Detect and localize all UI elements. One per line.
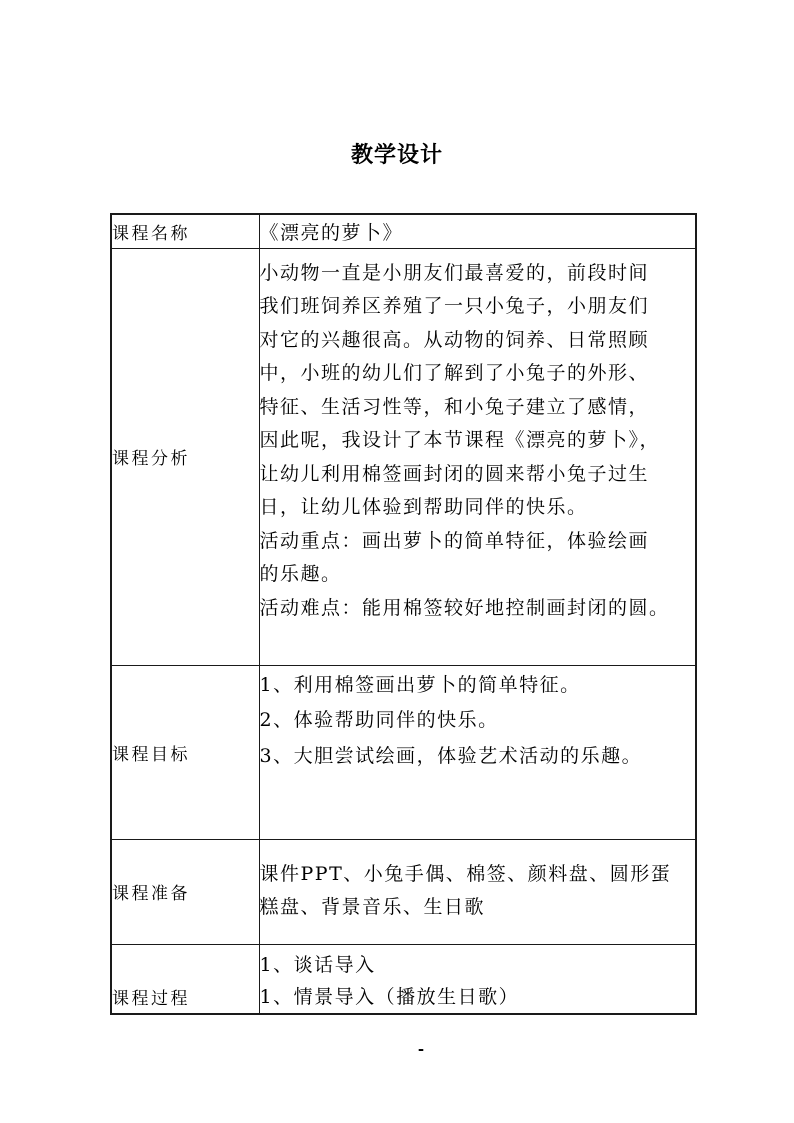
row-label-course-objectives: 课程目标 [111,665,259,839]
row-label-course-name: 课程名称 [111,214,259,248]
paragraph: 小动物一直是小朋友们最喜爱的，前段时间 我们班饲养区养殖了一只小兔子，小朋友们 … [260,249,696,626]
text-line: 的乐趣。 [260,558,696,592]
row-content-course-objectives: 1、利用棉签画出萝卜的简单特征。 2、体验帮助同伴的快乐。 3、大胆尝试绘画，体… [259,665,696,839]
text-line: 日，让幼儿体验到帮助同伴的快乐。 [260,491,696,525]
text-line: 糕盘、背景音乐、生日歌 [260,891,696,924]
text-line: 中，小班的幼儿们了解到了小兔子的外形、 [260,357,696,391]
row-label-course-process: 课程过程 [111,944,259,1014]
text-line: 活动重点：画出萝卜的简单特征，体验绘画 [260,525,696,559]
row-content-course-preparation: 课件PPT、小兔手偶、棉签、颜料盘、圆形蛋 糕盘、背景音乐、生日歌 [259,839,696,944]
text-line: 我们班饲养区养殖了一只小兔子，小朋友们 [260,290,696,324]
text-line: 小动物一直是小朋友们最喜爱的，前段时间 [260,257,696,291]
row-content-course-name: 《漂亮的萝卜》 [259,214,696,248]
row-label-course-preparation: 课程准备 [111,839,259,944]
text-line: 让幼儿利用棉签画封闭的圆来帮小兔子过生 [260,458,696,492]
row-content-course-analysis: 小动物一直是小朋友们最喜爱的，前段时间 我们班饲养区养殖了一只小兔子，小朋友们 … [259,248,696,665]
text-line: 3、大胆尝试绘画，体验艺术活动的乐趣。 [260,739,696,775]
text-line: 对它的兴趣很高。从动物的饲养、日常照顾 [260,324,696,358]
text-line: 1、利用棉签画出萝卜的简单特征。 [260,668,696,704]
table-row: 课程分析 小动物一直是小朋友们最喜爱的，前段时间 我们班饲养区养殖了一只小兔子，… [111,248,696,665]
text-line: 课件PPT、小兔手偶、棉签、颜料盘、圆形蛋 [260,858,696,891]
table-row: 课程准备 课件PPT、小兔手偶、棉签、颜料盘、圆形蛋 糕盘、背景音乐、生日歌 [111,839,696,944]
text-line: 1、谈话导入 [260,949,696,981]
text-line: 1、情景导入（播放生日歌） [260,981,696,1013]
paragraph: 1、利用棉签画出萝卜的简单特征。 2、体验帮助同伴的快乐。 3、大胆尝试绘画，体… [260,666,696,775]
paragraph: 1、谈话导入 1、情景导入（播放生日歌） [260,945,696,1013]
paragraph: 课件PPT、小兔手偶、棉签、颜料盘、圆形蛋 糕盘、背景音乐、生日歌 [260,840,696,924]
table-row: 课程过程 1、谈话导入 1、情景导入（播放生日歌） [111,944,696,1014]
document-page: 教学设计 课程名称 《漂亮的萝卜》 课程分析 小动物一直是小朋友们最喜爱的，前段… [0,0,794,1123]
row-content-course-process: 1、谈话导入 1、情景导入（播放生日歌） [259,944,696,1014]
text-line: 2、体验帮助同伴的快乐。 [260,703,696,739]
text-line: 活动难点：能用棉签较好地控制画封闭的圆。 [260,592,696,626]
table-row: 课程名称 《漂亮的萝卜》 [111,214,696,248]
lesson-plan-table: 课程名称 《漂亮的萝卜》 课程分析 小动物一直是小朋友们最喜爱的，前段时间 我们… [110,213,697,1015]
row-label-course-analysis: 课程分析 [111,248,259,665]
text-line: 特征、生活习性等，和小兔子建立了感情， [260,391,696,425]
page-number-mark: - [24,1040,794,1058]
document-title: 教学设计 [0,141,794,169]
text-line: 因此呢，我设计了本节课程《漂亮的萝卜》， [260,424,696,458]
text-line: 《漂亮的萝卜》 [260,218,696,245]
table-row: 课程目标 1、利用棉签画出萝卜的简单特征。 2、体验帮助同伴的快乐。 3、大胆尝… [111,665,696,839]
